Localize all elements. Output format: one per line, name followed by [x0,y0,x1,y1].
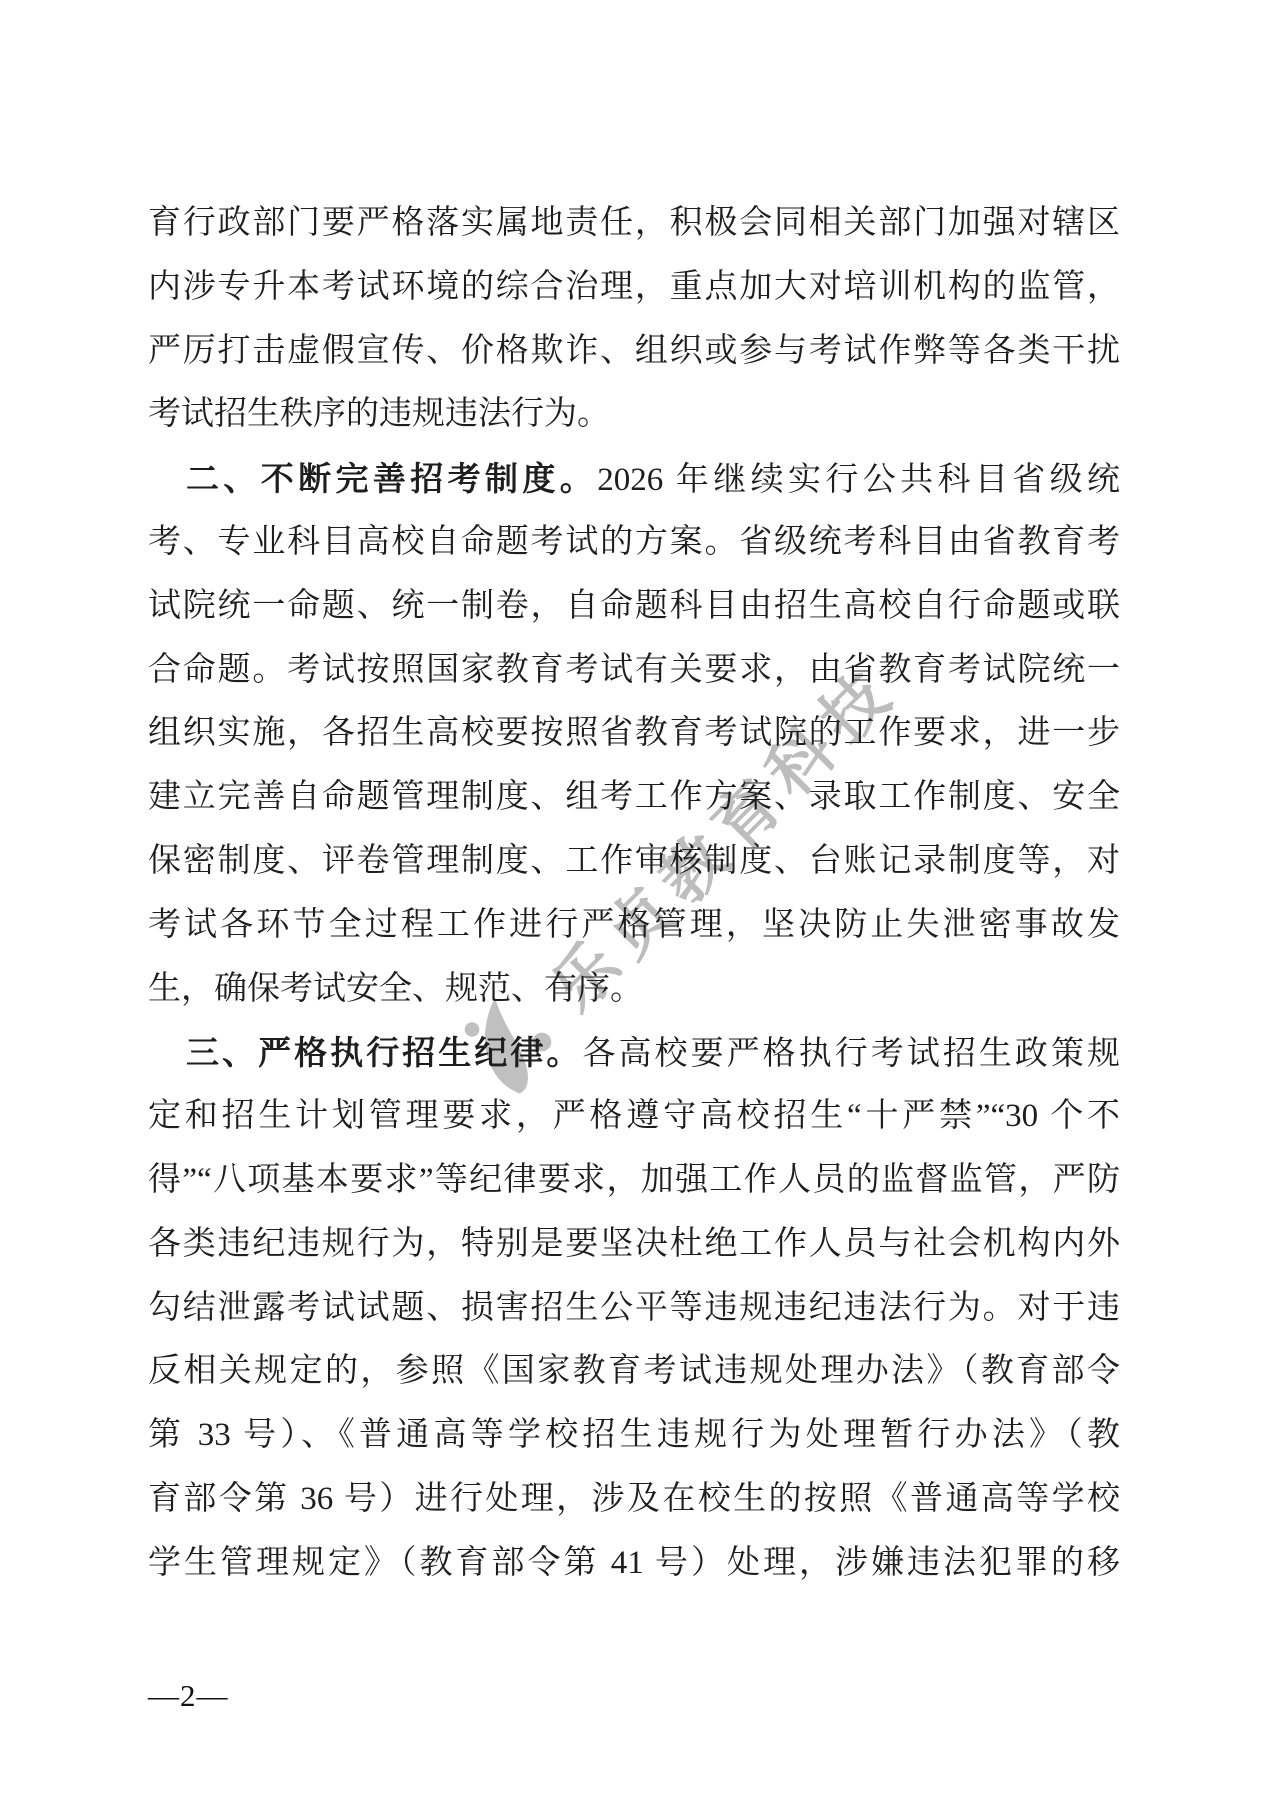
text-line: 考试各环节全过程工作进行严格管理，坚决防止失泄密事故发 [148,894,1120,958]
text-line: 二、不断完善招考制度。2026 年继续实行公共科目省级统 [148,447,1120,511]
text-line: 试院统一命题、统一制卷，自命题科目由招生高校自行命题或联 [148,575,1120,639]
text-line: 生，确保考试安全、规范、有序。 [148,958,1120,1022]
section-heading-2: 二、不断完善招考制度。 [186,460,597,497]
section-heading-3: 三、严格执行招生纪律。 [186,1034,582,1071]
page-number: —2— [148,1678,229,1714]
text-line: 考、专业科目高校自命题考试的方案。省级统考科目由省教育考 [148,511,1120,575]
text-line: 内涉专升本考试环境的综合治理，重点加大对培训机构的监管， [148,256,1120,320]
text-line: 组织实施，各招生高校要按照省教育考试院的工作要求，进一步 [148,702,1120,766]
document-page: 乐贞教育科技 育行政部门要严格落实属地责任，积极会同相关部门加强对辖区 内涉专升… [0,0,1280,1810]
text-line: 定和招生计划管理要求，严格遵守高校招生“十严禁”“30 个不 [148,1085,1120,1149]
text-line: 各类违纪违规行为，特别是要坚决杜绝工作人员与社会机构内外 [148,1213,1120,1277]
text-line: 严厉打击虚假宣传、价格欺诈、组织或参与考试作弊等各类干扰 [148,320,1120,384]
text-line: 育部令第 36 号）进行处理，涉及在校生的按照《普通高等学校 [148,1468,1120,1532]
document-body: 育行政部门要严格落实属地责任，积极会同相关部门加强对辖区 内涉专升本考试环境的综… [148,192,1120,1596]
text-line: 合命题。考试按照国家教育考试有关要求，由省教育考试院统一 [148,639,1120,703]
text-line: 育行政部门要严格落实属地责任，积极会同相关部门加强对辖区 [148,192,1120,256]
text-segment: 各高校要严格执行考试招生政策规 [582,1036,1120,1072]
text-line: 三、严格执行招生纪律。各高校要严格执行考试招生政策规 [148,1021,1120,1085]
text-line: 建立完善自命题管理制度、组考工作方案、录取工作制度、安全 [148,766,1120,830]
text-line: 反相关规定的，参照《国家教育考试违规处理办法》（教育部令 [148,1340,1120,1404]
text-segment: 2026 年继续实行公共科目省级统 [597,462,1120,498]
text-line: 保密制度、评卷管理制度、工作审核制度、台账记录制度等，对 [148,830,1120,894]
text-line: 勾结泄露考试试题、损害招生公平等违规违纪违法行为。对于违 [148,1277,1120,1341]
text-line: 得”“八项基本要求”等纪律要求，加强工作人员的监督监管，严防 [148,1149,1120,1213]
text-line: 学生管理规定》（教育部令第 41 号）处理，涉嫌违法犯罪的移 [148,1532,1120,1596]
text-line: 第 33 号）、《普通高等学校招生违规行为处理暂行办法》（教 [148,1404,1120,1468]
text-line: 考试招生秩序的违规违法行为。 [148,383,1120,447]
